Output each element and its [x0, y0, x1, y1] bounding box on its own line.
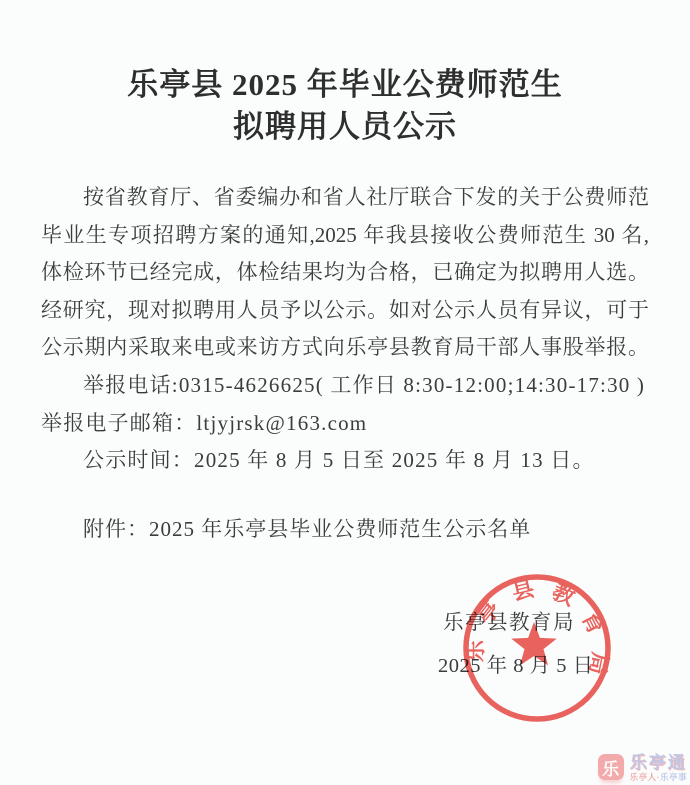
- logo-character: 乐: [602, 755, 619, 780]
- notice-title-line1: 乐亭县 2025 年毕业公费师范生: [0, 64, 690, 106]
- leting-tong-watermark: 乐 乐亭通 乐亭人·乐亭事: [598, 754, 687, 782]
- signature-organization: 乐亭县教育局: [443, 605, 575, 635]
- body-line: 毕业生专项招聘方案的通知,2025 年我县接收公费师范生 30 名,: [41, 217, 649, 255]
- publicity-period-line: 公示时间：2025 年 8 月 5 日至 2025 年 8 月 13 日。: [41, 442, 649, 480]
- signature-date: 2025 年 8 月 5 日: [438, 648, 594, 678]
- watermark-text: 乐亭通 乐亭人·乐亭事: [630, 754, 687, 782]
- tagline-right: 乐亭事: [660, 772, 687, 782]
- tagline-left: 乐亭人: [630, 772, 657, 782]
- attachment-line: 附件：2025 年乐亭县毕业公费师范生公示名单: [41, 515, 649, 543]
- body-line: 公示期内采取来电或来访方式向乐亭县教育局干部人事股举报。: [41, 329, 649, 367]
- leting-tong-logo-icon: 乐: [598, 754, 624, 780]
- watermark-tagline: 乐亭人·乐亭事: [630, 773, 687, 782]
- notice-title: 乐亭县 2025 年毕业公费师范生 拟聘用人员公示: [0, 64, 690, 148]
- body-line: 按省教育厅、省委编办和省人社厅联合下发的关于公费师范: [41, 179, 649, 217]
- report-email-line: 举报电子邮箱：ltjyjrsk@163.com: [41, 405, 649, 443]
- report-phone-line: 举报电话:0315-4626625( 工作日 8:30-12:00;14:30-…: [41, 367, 649, 405]
- notice-body: 按省教育厅、省委编办和省人社厅联合下发的关于公费师范 毕业生专项招聘方案的通知,…: [41, 179, 649, 480]
- body-line: 经研究，现对拟聘用人员予以公示。如对公示人员有异议，可于: [41, 292, 649, 330]
- body-line: 体检环节已经完成，体检结果均为合格，已确定为拟聘用人选。: [41, 254, 649, 292]
- notice-document-page: 乐亭县 2025 年毕业公费师范生 拟聘用人员公示 按省教育厅、省委编办和省人社…: [0, 0, 690, 785]
- notice-title-line2: 拟聘用人员公示: [0, 106, 690, 148]
- watermark-app-name: 乐亭通: [630, 754, 687, 771]
